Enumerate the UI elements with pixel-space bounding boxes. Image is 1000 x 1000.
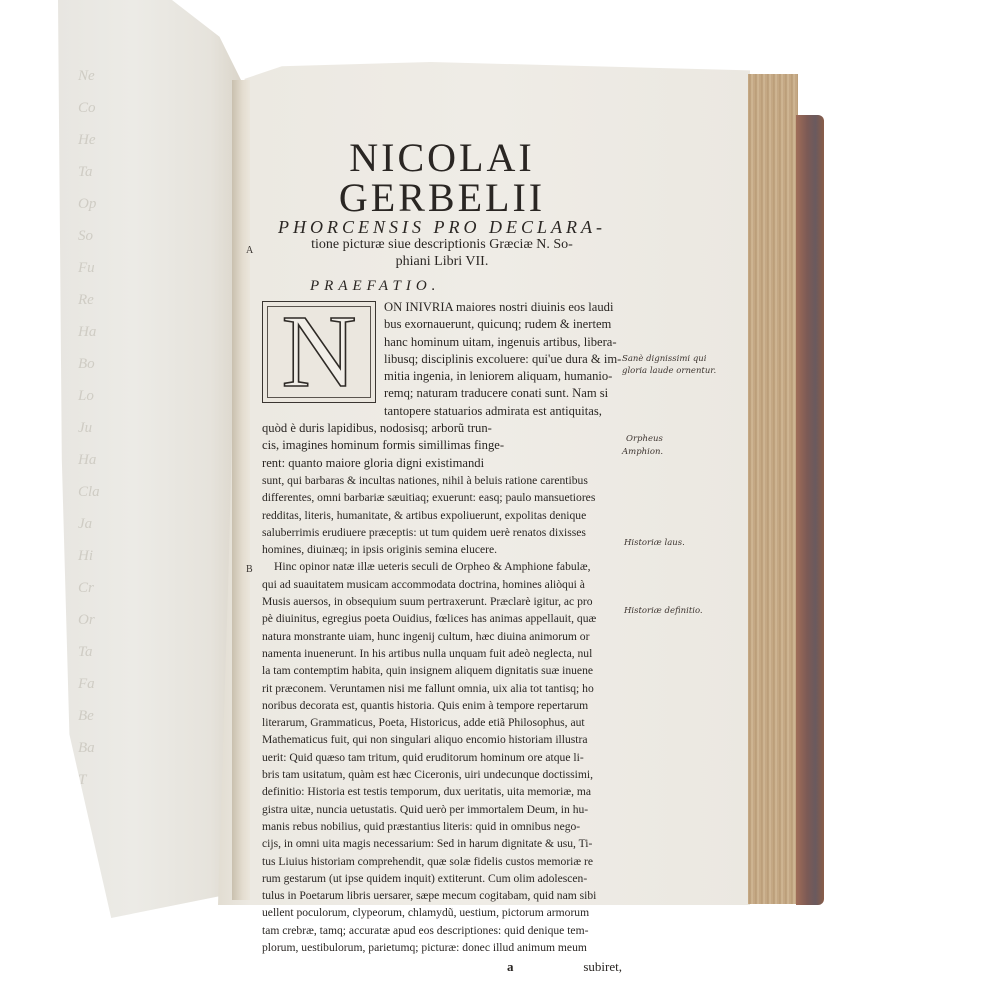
- left-page: Ne Co He Ta Op So Fu Re Ha Bo Lo Ju Ha C…: [58, 0, 248, 918]
- catchword: subiret,: [583, 958, 622, 975]
- page-footer: a subiret,: [262, 958, 622, 976]
- page-fore-edge: [748, 74, 798, 904]
- handwritten-note: Historiæ laus.: [624, 537, 685, 549]
- left-page-show-through-text: Ne Co He Ta Op So Fu Re Ha Bo Lo Ju Ha C…: [78, 60, 168, 796]
- leather-cover: [796, 115, 824, 905]
- page-content: NICOLAI GERBELII PHORCENSIS PRO DECLARA-…: [262, 130, 622, 976]
- decorated-initial: N: [262, 301, 376, 403]
- body-text: A N ON INIVRIA maiores nostri diuinis eo…: [262, 299, 622, 976]
- handwritten-note: Sanè dignissimi qui: [622, 353, 706, 365]
- page-subtitle: PHORCENSIS PRO DECLARA-: [262, 218, 622, 236]
- handwritten-note: Orpheus: [626, 433, 663, 445]
- handwritten-note: gloria laude ornentur.: [622, 365, 716, 377]
- book-photo: Ne Co He Ta Op So Fu Re Ha Bo Lo Ju Ha C…: [0, 0, 1000, 1000]
- paragraph-2: B Hinc opinor natæ illæ ueteris seculi d…: [262, 558, 622, 956]
- handwritten-note: Amphion.: [622, 446, 663, 458]
- subtitle-line-1: tione picturæ siue descriptionis Græciæ …: [262, 236, 622, 253]
- book-gutter: [232, 80, 250, 900]
- section-heading: PRAEFATIO.: [310, 278, 622, 295]
- margin-letter-b: B: [246, 561, 253, 578]
- margin-letter-a: A: [246, 242, 253, 259]
- page-title: NICOLAI GERBELII: [262, 138, 622, 218]
- subtitle-line-2: phiani Libri VII.: [262, 253, 622, 270]
- signature-mark: a: [507, 958, 514, 975]
- handwritten-note: Historiæ definitio.: [624, 605, 703, 617]
